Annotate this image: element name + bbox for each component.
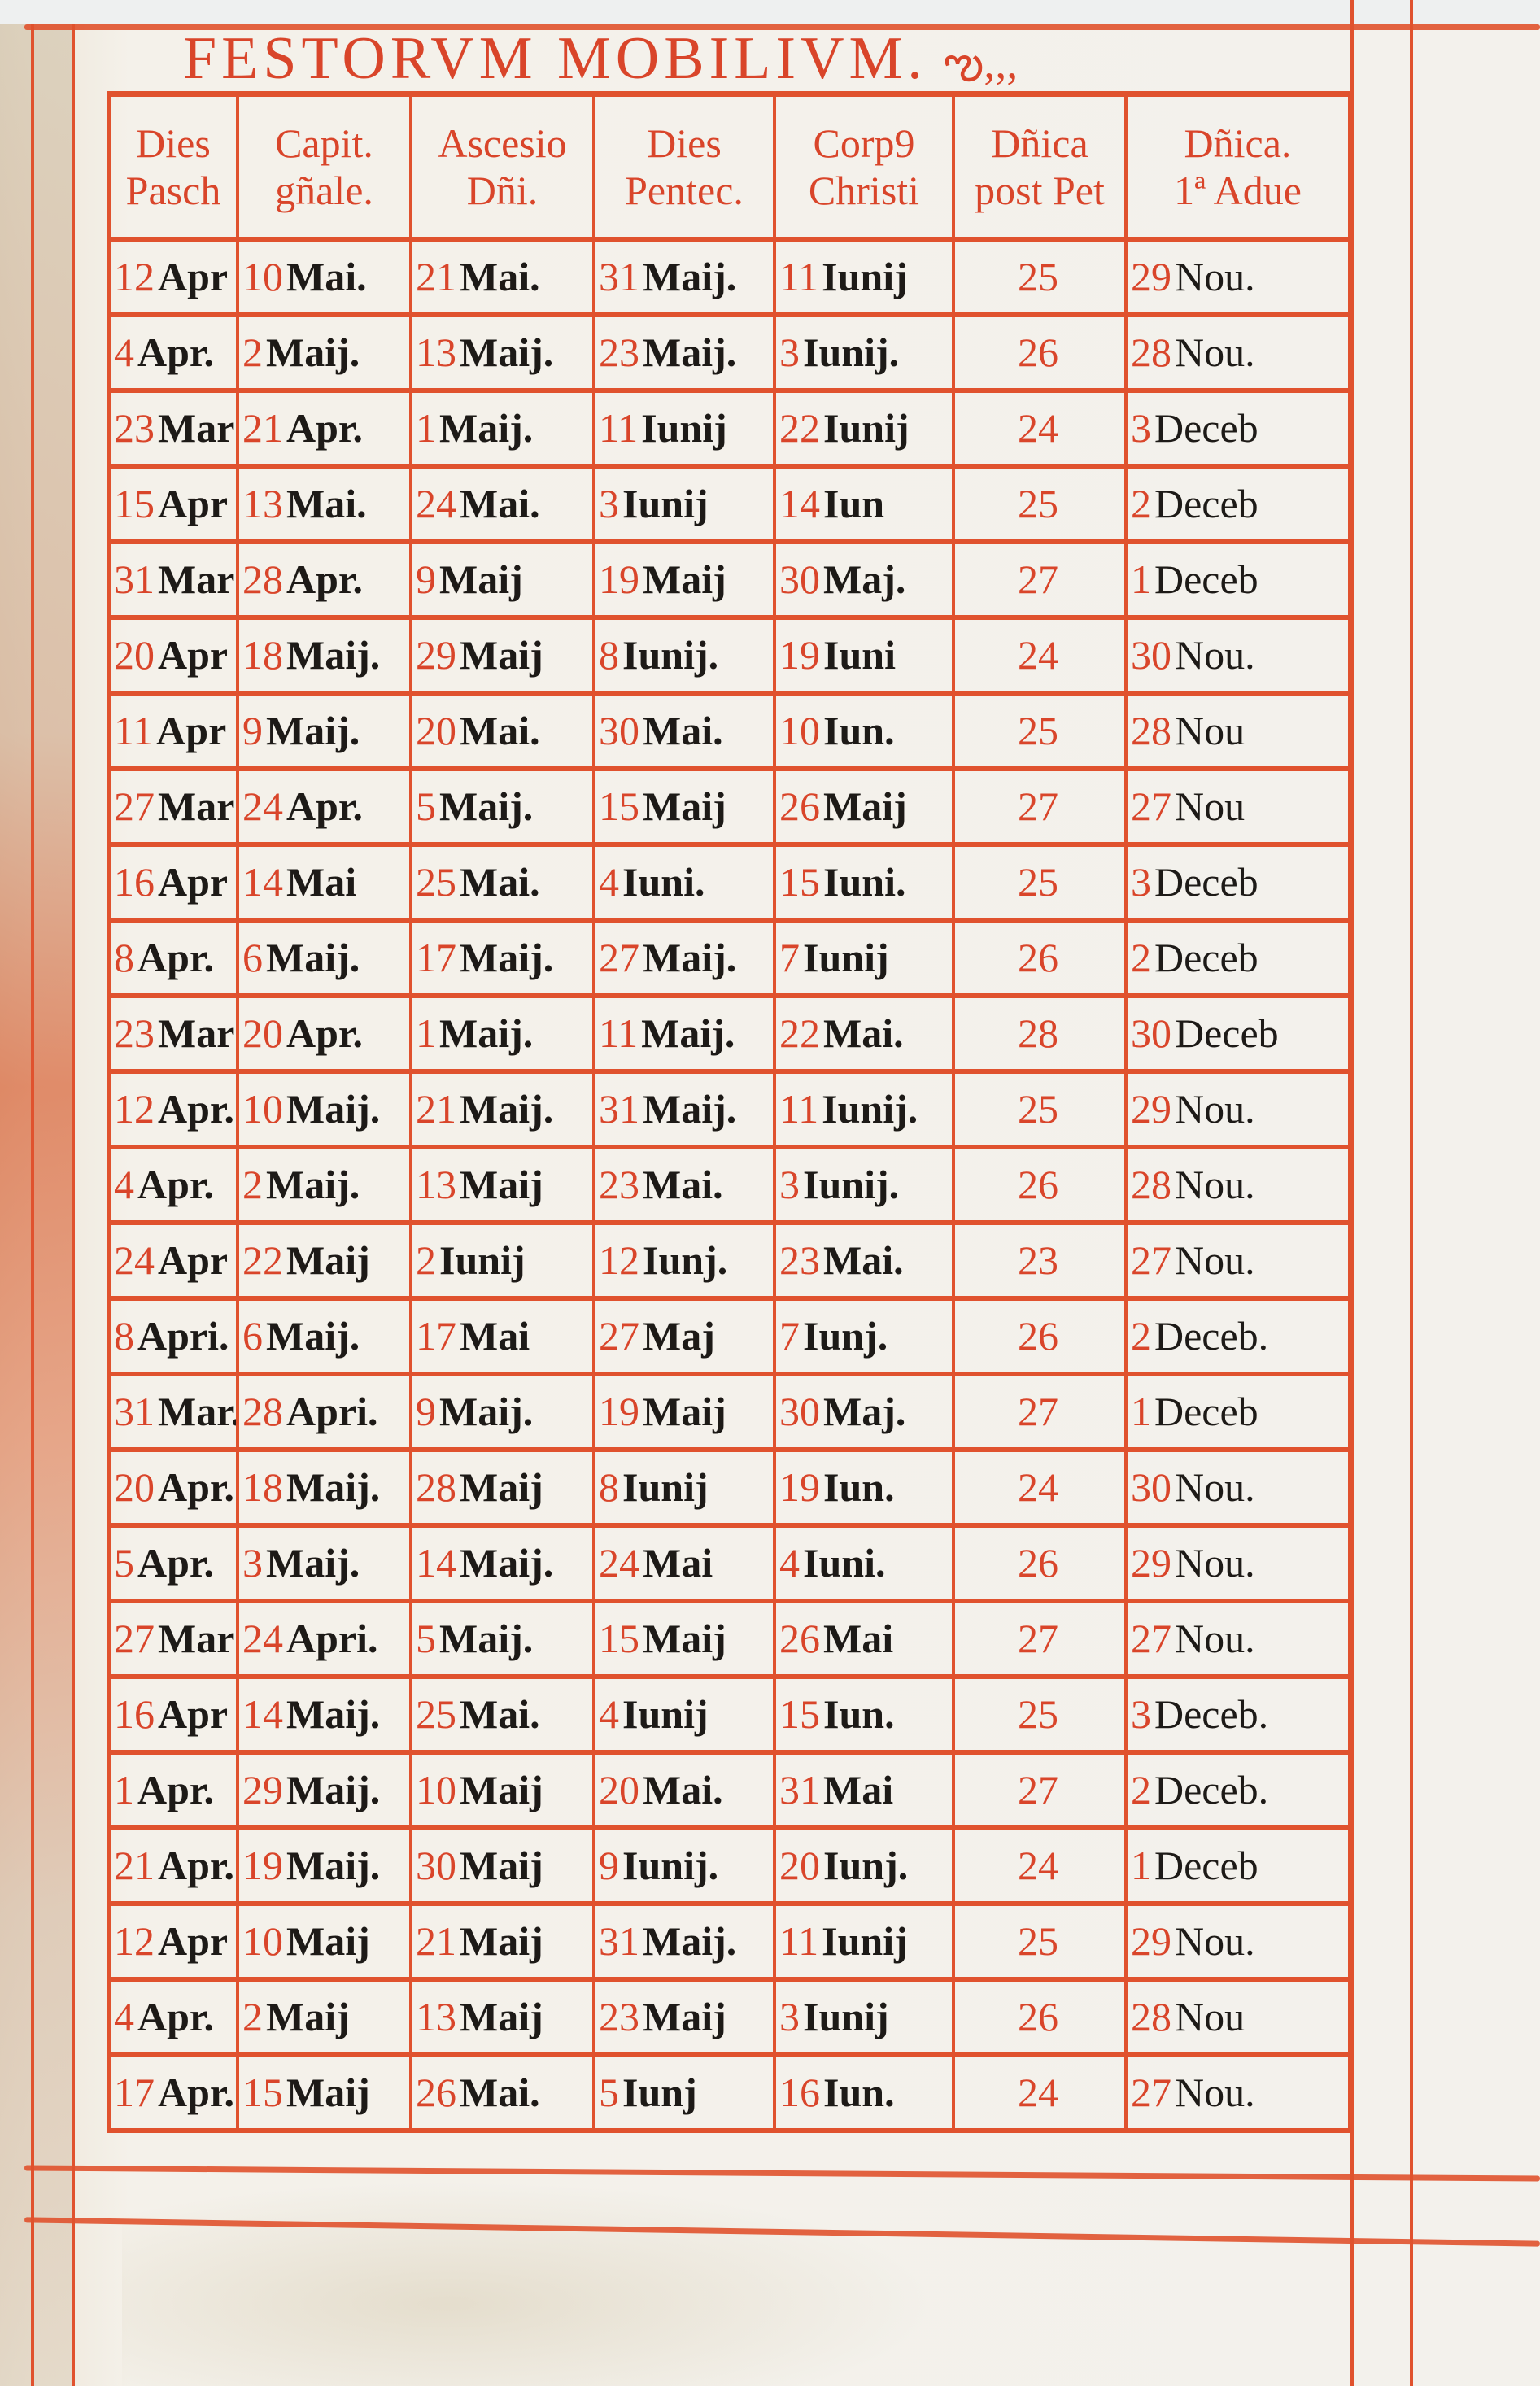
- day-number: 4: [114, 1162, 134, 1207]
- day-number: 27: [1131, 2070, 1171, 2115]
- table-row: 4Apr.2Maij13Maij23Maij3Iunij2628Nou: [109, 1979, 1350, 2055]
- table-cell: 19Iun.: [774, 1450, 953, 1525]
- month-abbrev: Maij.: [460, 1540, 553, 1586]
- day-number: 30: [1131, 1464, 1171, 1510]
- month-abbrev: Iunij: [803, 1994, 889, 2039]
- table-cell: 20Mai.: [411, 693, 594, 769]
- month-abbrev: Apri.: [286, 1616, 378, 1661]
- table-cell: 4Iunij: [594, 1677, 774, 1752]
- table-cell: 9Iunij.: [594, 1828, 774, 1904]
- table-cell: 2Deceb.: [1126, 1298, 1350, 1374]
- day-number: 8: [599, 632, 619, 678]
- month-abbrev: Maj: [643, 1313, 715, 1359]
- table-cell: 1Apr.: [109, 1752, 238, 1828]
- month-abbrev: Iunij.: [803, 329, 899, 375]
- month-abbrev: Apr.: [158, 1086, 234, 1132]
- day-number: 9: [599, 1843, 619, 1888]
- day-number: 7: [779, 935, 800, 980]
- day-number: 27: [114, 783, 155, 829]
- day-number: 24: [599, 1540, 639, 1586]
- day-number: 28: [242, 556, 283, 602]
- table-cell: 27: [953, 769, 1126, 844]
- column-header-line1: Ascesio: [416, 120, 589, 167]
- day-number: 3: [242, 1540, 263, 1586]
- table-cell: 30Maj.: [774, 1374, 953, 1450]
- day-number: 3: [1131, 859, 1151, 905]
- day-number: 17: [416, 1313, 456, 1359]
- month-abbrev: Apr: [156, 708, 226, 753]
- table-cell: 25: [953, 466, 1126, 542]
- table-cell: 2Maij.: [238, 1147, 411, 1223]
- day-number: 19: [599, 1389, 639, 1434]
- day-number: 28: [242, 1389, 283, 1434]
- day-number: 13: [416, 1994, 456, 2039]
- table-cell: 11Iunij.: [774, 1071, 953, 1147]
- column-header: Dñicapost Pet: [953, 94, 1126, 240]
- month-abbrev: Mar: [158, 556, 234, 602]
- month-abbrev: Maij.: [286, 1086, 380, 1132]
- month-abbrev: Mai.: [460, 2070, 540, 2115]
- day-number: 26: [1018, 935, 1058, 980]
- table-cell: 28Apr.: [238, 542, 411, 617]
- day-number: 27: [599, 935, 639, 980]
- table-cell: 25: [953, 1904, 1126, 1979]
- table-row: 31Mar.28Apri.9Maij.19Maij30Maj.271Deceb: [109, 1374, 1350, 1450]
- month-abbrev: Iunij: [439, 1237, 526, 1283]
- table-row: 12Apr10Maij21Maij31Maij.11Iunij2529Nou.: [109, 1904, 1350, 1979]
- column-header-line2: Pasch: [114, 167, 233, 214]
- table-cell: 25Mai.: [411, 1677, 594, 1752]
- table-cell: 6Maij.: [238, 1298, 411, 1374]
- month-abbrev: Nou.: [1175, 1616, 1255, 1661]
- table-row: 15Apr13Mai.24Mai.3Iunij14Iun252Deceb: [109, 466, 1350, 542]
- month-abbrev: Iuni.: [803, 1540, 885, 1586]
- day-number: 30: [779, 1389, 820, 1434]
- table-cell: 4Apr.: [109, 315, 238, 390]
- day-number: 29: [1131, 1540, 1171, 1586]
- month-abbrev: Mai.: [460, 859, 540, 905]
- table-cell: 17Apr.: [109, 2055, 238, 2131]
- month-abbrev: Mai.: [643, 708, 723, 753]
- day-number: 15: [114, 481, 155, 526]
- table-cell: 25: [953, 1071, 1126, 1147]
- table-cell: 12Iunj.: [594, 1223, 774, 1298]
- day-number: 19: [599, 556, 639, 602]
- table-cell: 26: [953, 1147, 1126, 1223]
- table-cell: 1Deceb: [1126, 542, 1350, 617]
- day-number: 12: [114, 1918, 155, 1964]
- table-cell: 16Iun.: [774, 2055, 953, 2131]
- day-number: 24: [242, 1616, 283, 1661]
- month-abbrev: Maij.: [286, 1843, 380, 1888]
- table-cell: 11Maij.: [594, 996, 774, 1071]
- day-number: 15: [779, 859, 820, 905]
- month-abbrev: Maij: [460, 1464, 543, 1510]
- month-abbrev: Apr: [158, 1918, 228, 1964]
- table-cell: 4Iuni.: [774, 1525, 953, 1601]
- table-cell: 27Nou: [1126, 769, 1350, 844]
- month-abbrev: Maij: [460, 1767, 543, 1812]
- day-number: 11: [779, 1918, 818, 1964]
- day-number: 2: [1131, 935, 1151, 980]
- month-abbrev: Mai.: [643, 1162, 723, 1207]
- day-number: 15: [242, 2070, 283, 2115]
- table-cell: 27Nou.: [1126, 1223, 1350, 1298]
- table-cell: 15Maij: [594, 769, 774, 844]
- page-title: FESTORVM MOBILIVM.ఌ,,,: [183, 24, 1322, 94]
- table-row: 12Apr10Mai.21Mai.31Maij.11Iunij2529Nou.: [109, 239, 1350, 315]
- day-number: 29: [1131, 254, 1171, 299]
- column-header-line2: Dñi.: [416, 167, 589, 214]
- month-abbrev: Apr.: [137, 1162, 214, 1207]
- table-cell: 14Maij.: [238, 1677, 411, 1752]
- month-abbrev: Maij: [460, 1162, 543, 1207]
- day-number: 5: [599, 2070, 619, 2115]
- month-abbrev: Maij: [643, 1616, 726, 1661]
- day-number: 27: [1018, 1767, 1058, 1812]
- day-number: 26: [1018, 1540, 1058, 1586]
- month-abbrev: Iun.: [823, 1464, 895, 1510]
- day-number: 28: [1131, 708, 1171, 753]
- column-header-line1: Corp9: [779, 120, 949, 167]
- month-abbrev: Mai: [823, 1767, 893, 1812]
- day-number: 17: [114, 2070, 155, 2115]
- table-cell: 9Maij.: [238, 693, 411, 769]
- table-cell: 17Maij.: [411, 920, 594, 996]
- table-cell: 19Maij.: [238, 1828, 411, 1904]
- day-number: 25: [1018, 708, 1058, 753]
- table-cell: 4Iuni.: [594, 844, 774, 920]
- month-abbrev: Iunij: [803, 935, 889, 980]
- table-cell: 28Nou: [1126, 1979, 1350, 2055]
- table-cell: 24Apri.: [238, 1601, 411, 1677]
- month-abbrev: Mar: [158, 1616, 234, 1661]
- day-number: 4: [779, 1540, 800, 1586]
- table-row: 27Mar24Apri.5Maij.15Maij26Mai2727Nou.: [109, 1601, 1350, 1677]
- day-number: 29: [1131, 1918, 1171, 1964]
- month-abbrev: Apr.: [286, 405, 363, 451]
- day-number: 9: [242, 708, 263, 753]
- table-cell: 27: [953, 1752, 1126, 1828]
- day-number: 22: [242, 1237, 283, 1283]
- table-cell: 22Mai.: [774, 996, 953, 1071]
- day-number: 31: [779, 1767, 820, 1812]
- table-cell: 15Maij: [594, 1601, 774, 1677]
- month-abbrev: Nou: [1175, 783, 1245, 829]
- day-number: 24: [1018, 1464, 1058, 1510]
- table-cell: 21Mai.: [411, 239, 594, 315]
- day-number: 12: [114, 1086, 155, 1132]
- day-number: 10: [416, 1767, 456, 1812]
- ruling-line-left-outer: [31, 24, 34, 2386]
- table-cell: 13Mai.: [238, 466, 411, 542]
- month-abbrev: Mar.: [158, 1389, 238, 1434]
- month-abbrev: Nou.: [1175, 1540, 1255, 1586]
- day-number: 15: [599, 1616, 639, 1661]
- title-flourish-icon: ఌ,,,: [944, 38, 1018, 89]
- column-header-line1: Dies: [599, 120, 770, 167]
- day-number: 27: [1018, 1616, 1058, 1661]
- day-number: 1: [416, 405, 436, 451]
- day-number: 4: [599, 1691, 619, 1737]
- table-cell: 28Apri.: [238, 1374, 411, 1450]
- table-cell: 13Maij: [411, 1979, 594, 2055]
- day-number: 27: [1131, 1237, 1171, 1283]
- month-abbrev: Iun.: [823, 708, 895, 753]
- day-number: 24: [1018, 1843, 1058, 1888]
- table-cell: 28: [953, 996, 1126, 1071]
- table-cell: 2Maij.: [238, 315, 411, 390]
- month-abbrev: Apr: [158, 632, 228, 678]
- table-cell: 5Maij.: [411, 1601, 594, 1677]
- day-number: 27: [114, 1616, 155, 1661]
- month-abbrev: Maij.: [266, 708, 360, 753]
- table-cell: 8Iunij: [594, 1450, 774, 1525]
- month-abbrev: Nou.: [1175, 329, 1255, 375]
- table-cell: 10Maij: [238, 1904, 411, 1979]
- day-number: 28: [1131, 329, 1171, 375]
- table-cell: 24Mai: [594, 1525, 774, 1601]
- day-number: 26: [779, 1616, 820, 1661]
- day-number: 10: [242, 1086, 283, 1132]
- day-number: 13: [242, 481, 283, 526]
- table-cell: 3Iunij: [774, 1979, 953, 2055]
- month-abbrev: Iuni.: [823, 859, 905, 905]
- table-cell: 26: [953, 1979, 1126, 2055]
- table-cell: 27Mar: [109, 1601, 238, 1677]
- day-number: 16: [779, 2070, 820, 2115]
- column-header-line2: gñale.: [242, 167, 406, 214]
- table-cell: 9Maij.: [411, 1374, 594, 1450]
- day-number: 18: [242, 1464, 283, 1510]
- table-cell: 27: [953, 1601, 1126, 1677]
- month-abbrev: Apr.: [158, 2070, 234, 2115]
- table-row: 8Apr.6Maij.17Maij.27Maij.7Iunij262Deceb: [109, 920, 1350, 996]
- table-cell: 31Maij.: [594, 239, 774, 315]
- day-number: 8: [114, 1313, 134, 1359]
- month-abbrev: Deceb: [1154, 405, 1259, 451]
- table-cell: 3Iunij.: [774, 315, 953, 390]
- day-number: 24: [416, 481, 456, 526]
- month-abbrev: Mai.: [286, 254, 367, 299]
- day-number: 19: [779, 632, 820, 678]
- month-abbrev: Iunij: [822, 254, 908, 299]
- month-abbrev: Iunij: [822, 1918, 908, 1964]
- table-cell: 7Iunij: [774, 920, 953, 996]
- table-cell: 20Apr: [109, 617, 238, 693]
- day-number: 20: [242, 1010, 283, 1056]
- month-abbrev: Maij.: [460, 329, 553, 375]
- table-cell: 8Apr.: [109, 920, 238, 996]
- column-header-line1: Dñica.: [1131, 120, 1345, 167]
- day-number: 26: [1018, 1313, 1058, 1359]
- day-number: 25: [1018, 1691, 1058, 1737]
- month-abbrev: Nou.: [1175, 254, 1255, 299]
- month-abbrev: Maij.: [286, 1464, 380, 1510]
- month-abbrev: Apr.: [137, 329, 214, 375]
- table-cell: 9Maij: [411, 542, 594, 617]
- day-number: 1: [1131, 556, 1151, 602]
- table-cell: 8Apri.: [109, 1298, 238, 1374]
- month-abbrev: Maij: [643, 1994, 726, 2039]
- day-number: 29: [242, 1767, 283, 1812]
- table-cell: 17Mai: [411, 1298, 594, 1374]
- day-number: 1: [1131, 1389, 1151, 1434]
- month-abbrev: Nou.: [1175, 1086, 1255, 1132]
- day-number: 14: [242, 1691, 283, 1737]
- table-cell: 20Mai.: [594, 1752, 774, 1828]
- table-cell: 1Maij.: [411, 390, 594, 466]
- day-number: 27: [1018, 1389, 1058, 1434]
- table-cell: 6Maij.: [238, 920, 411, 996]
- day-number: 22: [779, 1010, 820, 1056]
- month-abbrev: Apr.: [137, 935, 214, 980]
- day-number: 11: [599, 1010, 638, 1056]
- table-cell: 19Iuni: [774, 617, 953, 693]
- table-cell: 15Iun.: [774, 1677, 953, 1752]
- day-number: 10: [779, 708, 820, 753]
- day-number: 27: [1018, 783, 1058, 829]
- month-abbrev: Mai.: [643, 1767, 723, 1812]
- table-cell: 29Nou.: [1126, 1904, 1350, 1979]
- month-abbrev: Maij: [460, 1843, 543, 1888]
- column-header-line2: 1ª Adue: [1131, 167, 1345, 214]
- day-number: 30: [416, 1843, 456, 1888]
- table-cell: 26Mai: [774, 1601, 953, 1677]
- table-cell: 27Nou.: [1126, 1601, 1350, 1677]
- table-header-row: DiesPaschCapit.gñale.AscesioDñi.DiesPent…: [109, 94, 1350, 240]
- table-row: 20Apr18Maij.29Maij8Iunij.19Iuni2430Nou.: [109, 617, 1350, 693]
- table-row: 4Apr.2Maij.13Maij.23Maij.3Iunij.2628Nou.: [109, 315, 1350, 390]
- month-abbrev: Mai: [286, 859, 356, 905]
- month-abbrev: Mai.: [460, 481, 540, 526]
- day-number: 31: [599, 254, 639, 299]
- month-abbrev: Maij.: [439, 1010, 533, 1056]
- day-number: 2: [242, 1162, 263, 1207]
- month-abbrev: Mai: [460, 1313, 530, 1359]
- day-number: 23: [599, 1994, 639, 2039]
- day-number: 20: [599, 1767, 639, 1812]
- table-cell: 23Mai.: [774, 1223, 953, 1298]
- day-number: 18: [242, 632, 283, 678]
- month-abbrev: Maj.: [823, 1389, 905, 1434]
- day-number: 8: [114, 935, 134, 980]
- month-abbrev: Deceb: [1175, 1010, 1279, 1056]
- day-number: 30: [1131, 632, 1171, 678]
- month-abbrev: Apr.: [137, 1767, 214, 1812]
- day-number: 25: [1018, 1918, 1058, 1964]
- month-abbrev: Nou: [1175, 708, 1245, 753]
- month-abbrev: Mai.: [823, 1010, 904, 1056]
- month-abbrev: Iunj: [622, 2070, 697, 2115]
- month-abbrev: Iunij: [622, 481, 709, 526]
- month-abbrev: Iunij.: [803, 1162, 899, 1207]
- month-abbrev: Deceb: [1154, 935, 1259, 980]
- month-abbrev: Deceb: [1154, 481, 1259, 526]
- month-abbrev: Maij.: [266, 329, 360, 375]
- day-number: 30: [599, 708, 639, 753]
- day-number: 20: [416, 708, 456, 753]
- table-cell: 18Maij.: [238, 617, 411, 693]
- binding-edge: [0, 24, 73, 2386]
- month-abbrev: Apri.: [286, 1389, 378, 1434]
- table-cell: 2Deceb: [1126, 466, 1350, 542]
- table-cell: 11Iunij: [774, 239, 953, 315]
- table-row: 4Apr.2Maij.13Maij23Mai.3Iunij.2628Nou.: [109, 1147, 1350, 1223]
- day-number: 20: [114, 632, 155, 678]
- day-number: 31: [599, 1918, 639, 1964]
- month-abbrev: Maj.: [823, 556, 905, 602]
- month-abbrev: Maij.: [643, 935, 736, 980]
- table-row: 23Mar21Apr.1Maij.11Iunij22Iunij243Deceb: [109, 390, 1350, 466]
- table-cell: 12Apr.: [109, 1071, 238, 1147]
- table-cell: 12Apr: [109, 239, 238, 315]
- month-abbrev: Nou.: [1175, 1237, 1255, 1283]
- day-number: 8: [599, 1464, 619, 1510]
- month-abbrev: Apr.: [286, 556, 363, 602]
- day-number: 10: [242, 1918, 283, 1964]
- month-abbrev: Apr: [158, 254, 228, 299]
- month-abbrev: Maij.: [266, 1540, 360, 1586]
- day-number: 26: [779, 783, 820, 829]
- month-abbrev: Deceb: [1154, 556, 1259, 602]
- month-abbrev: Nou.: [1175, 1464, 1255, 1510]
- day-number: 20: [114, 1464, 155, 1510]
- table-cell: 30Deceb: [1126, 996, 1350, 1071]
- table-cell: 29Nou.: [1126, 1071, 1350, 1147]
- day-number: 14: [779, 481, 820, 526]
- table-cell: 22Maij: [238, 1223, 411, 1298]
- month-abbrev: Maij.: [266, 1313, 360, 1359]
- month-abbrev: Mai: [643, 1540, 713, 1586]
- table-cell: 31Mai: [774, 1752, 953, 1828]
- day-number: 27: [599, 1313, 639, 1359]
- table-row: 20Apr.18Maij.28Maij8Iunij19Iun.2430Nou.: [109, 1450, 1350, 1525]
- table-cell: 26: [953, 1298, 1126, 1374]
- day-number: 26: [1018, 1994, 1058, 2039]
- month-abbrev: Maij.: [286, 632, 380, 678]
- table-cell: 19Maij: [594, 542, 774, 617]
- table-cell: 20Iunj.: [774, 1828, 953, 1904]
- month-abbrev: Nou: [1175, 1994, 1245, 2039]
- month-abbrev: Maij: [460, 632, 543, 678]
- table-cell: 15Iuni.: [774, 844, 953, 920]
- table-cell: 30Mai.: [594, 693, 774, 769]
- month-abbrev: Maij.: [439, 1389, 533, 1434]
- month-abbrev: Maij.: [439, 1616, 533, 1661]
- month-abbrev: Maij.: [460, 1086, 553, 1132]
- table-row: 12Apr.10Maij.21Maij.31Maij.11Iunij.2529N…: [109, 1071, 1350, 1147]
- table-cell: 22Iunij: [774, 390, 953, 466]
- month-abbrev: Maij.: [643, 1918, 736, 1964]
- month-abbrev: Maij: [460, 1918, 543, 1964]
- day-number: 30: [779, 556, 820, 602]
- table-cell: 27: [953, 1374, 1126, 1450]
- table-cell: 1Deceb: [1126, 1828, 1350, 1904]
- table-body: 12Apr10Mai.21Mai.31Maij.11Iunij2529Nou.4…: [109, 239, 1350, 2131]
- day-number: 1: [1131, 1843, 1151, 1888]
- table-row: 5Apr.3Maij.14Maij.24Mai4Iuni.2629Nou.: [109, 1525, 1350, 1601]
- table-cell: 2Deceb: [1126, 920, 1350, 996]
- month-abbrev: Apr.: [286, 1010, 363, 1056]
- day-number: 4: [114, 1994, 134, 2039]
- month-abbrev: Maij: [266, 1994, 350, 2039]
- table-cell: 20Apr.: [109, 1450, 238, 1525]
- table-cell: 31Mar.: [109, 1374, 238, 1450]
- day-number: 11: [779, 254, 818, 299]
- month-abbrev: Apr.: [158, 1843, 234, 1888]
- month-abbrev: Apr: [158, 859, 228, 905]
